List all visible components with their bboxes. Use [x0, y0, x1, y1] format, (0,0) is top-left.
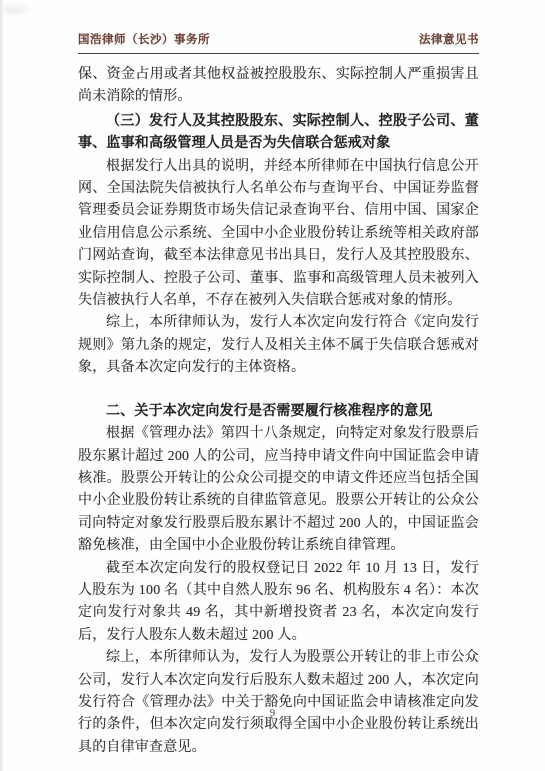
paragraph: 综上，本所律师认为，发行人为股票公开转让的非上市公众公司，发行人本次定向发行后股…: [78, 647, 479, 759]
page-number: 9: [0, 707, 545, 719]
document-body: 保、资金占用或者其他权益被控股股东、实际控制人严重损害且尚未消除的情形。 （三）…: [78, 64, 479, 759]
document-page: 国浩律师（长沙）事务所 法律意见书 保、资金占用或者其他权益被控股股东、实际控制…: [0, 0, 545, 771]
paragraph-continuation: 保、资金占用或者其他权益被控股股东、实际控制人严重损害且尚未消除的情形。: [78, 64, 479, 109]
header-firm-name: 国浩律师（长沙）事务所: [78, 31, 210, 47]
scan-smudge-artifact: [2, 6, 28, 14]
page-header: 国浩律师（长沙）事务所 法律意见书: [78, 31, 479, 54]
paragraph: 根据发行人出具的说明，并经本所律师在中国执行信息公开网、全国法院失信被执行人名单…: [78, 156, 479, 313]
paragraph: 根据《管理办法》第四十八条规定，向特定对象发行股票后股东累计超过 200 人的公…: [78, 423, 479, 557]
header-doc-title: 法律意见书: [419, 31, 479, 47]
paragraph: 综上，本所律师认为，发行人本次定向发行符合《定向发行规则》第九条的规定，发行人及…: [78, 312, 479, 379]
section-heading-2: 二、关于本次定向发行是否需要履行核准程序的意见: [78, 401, 479, 423]
scan-edge-artifact: [0, 0, 4, 771]
paragraph: 截至本次定向发行的股权登记日 2022 年 10 月 13 日，发行人股东为 1…: [78, 558, 479, 648]
section-heading-3: （三）发行人及其控股股东、实际控制人、控股子公司、董事、监事和高级管理人员是否为…: [78, 111, 479, 156]
